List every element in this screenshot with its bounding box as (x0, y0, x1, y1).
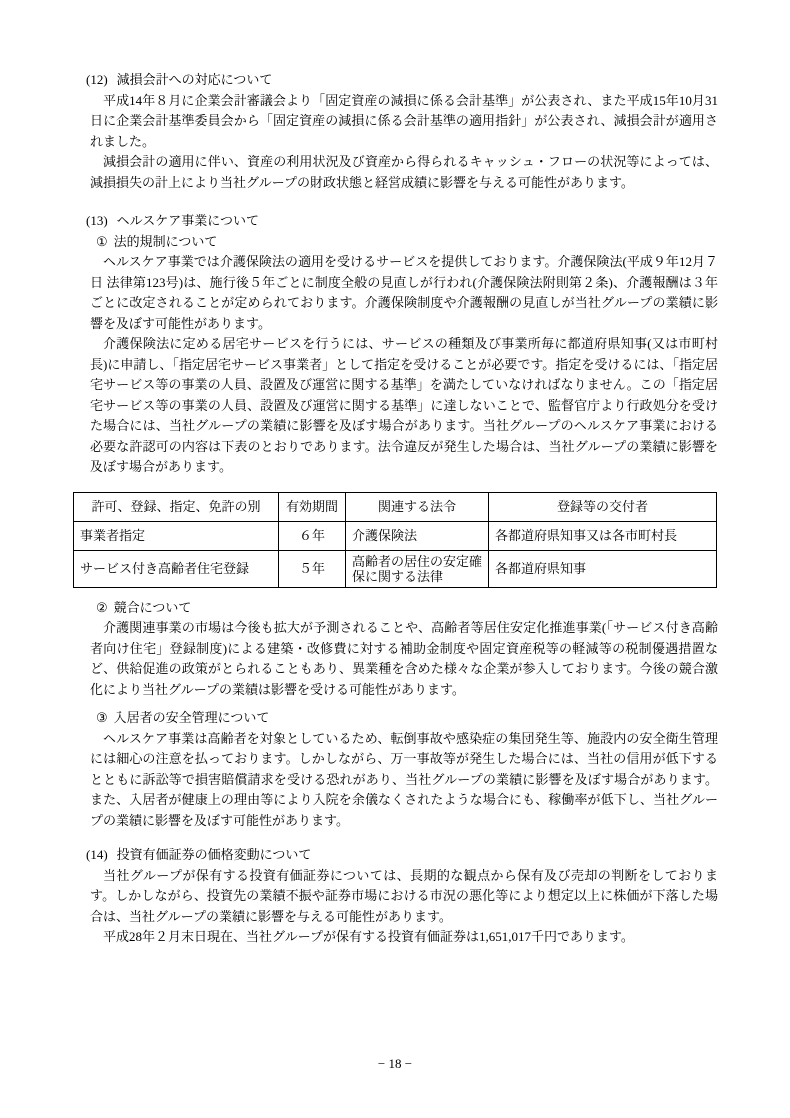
section-title: 投資有価証券の価格変動について (117, 847, 312, 862)
table-header-validity-period: 有効期間 (279, 492, 346, 521)
subsection-title: 入居者の安全管理について (114, 710, 270, 725)
subsection-legal-regulation: ①法的規制について ヘルスケア事業では介護保険法の適用を受けるサービスを提供して… (86, 232, 718, 588)
table-row: 事業者指定 ６年 介護保険法 各都道府県知事又は各市町村長 (74, 521, 717, 550)
section-investment-securities: (14)投資有価証券の価格変動について 当社グループが保有する投資有価証券につい… (86, 845, 718, 948)
subsection-marker: ① (96, 232, 108, 253)
paragraph: ヘルスケア事業では介護保険法の適用を受けるサービスを提供しております。介護保険法… (90, 252, 718, 334)
table-cell-license-type: サービス付き高齢者住宅登録 (74, 550, 279, 587)
licenses-table: 許可、登録、指定、免許の別 有効期間 関連する法令 登録等の交付者 事業者指定 … (73, 492, 717, 588)
table-cell-related-law: 高齢者の居住の安定確保に関する法律 (346, 550, 489, 587)
subsection-title: 競合について (114, 600, 192, 615)
section-title: ヘルスケア事業について (117, 213, 259, 228)
section-number: (14) (86, 845, 108, 866)
section-number: (12) (86, 70, 108, 91)
subsection-competition: ②競合について 介護関連事業の市場は今後も拡大が予測されることや、高齢者等居住安… (86, 598, 718, 701)
subsection-marker: ② (96, 598, 108, 619)
paragraph: 減損会計の適用に伴い、資産の利用状況及び資産から得られるキャッシュ・フローの状況… (90, 152, 718, 193)
section-heading: (14)投資有価証券の価格変動について (86, 845, 718, 866)
table-header-row: 許可、登録、指定、免許の別 有効期間 関連する法令 登録等の交付者 (74, 492, 717, 521)
section-impairment-accounting: (12)減損会計への対応について 平成14年８月に企業会計審議会より「固定資産の… (86, 70, 718, 193)
paragraph: 介護保険法に定める居宅サービスを行うには、サービスの種類及び事業所毎に都道府県知… (90, 334, 718, 478)
subsection-heading: ③入居者の安全管理について (96, 708, 718, 729)
table-header-license-type: 許可、登録、指定、免許の別 (74, 492, 279, 521)
table-header-related-law: 関連する法令 (346, 492, 489, 521)
section-heading: (13)ヘルスケア事業について (86, 211, 718, 232)
paragraph: ヘルスケア事業は高齢者を対象としているため、転倒事故や感染症の集団発生等、施設内… (90, 729, 718, 832)
table-cell-validity-period: ５年 (279, 550, 346, 587)
paragraph: 当社グループが保有する投資有価証券については、長期的な観点から保有及び売却の判断… (90, 866, 718, 928)
subsection-marker: ③ (96, 708, 108, 729)
table-cell-issuer: 各都道府県知事又は各市町村長 (489, 521, 717, 550)
page-number: − 18 − (0, 1056, 790, 1072)
paragraph: 平成14年８月に企業会計審議会より「固定資産の減損に係る会計基準」が公表され、ま… (90, 91, 718, 153)
subsection-heading: ②競合について (96, 598, 718, 619)
section-title: 減損会計への対応について (117, 72, 273, 87)
section-heading: (12)減損会計への対応について (86, 70, 718, 91)
document-page: (12)減損会計への対応について 平成14年８月に企業会計審議会より「固定資産の… (0, 0, 790, 948)
subsection-title: 法的規制について (114, 234, 218, 249)
table-header-issuer: 登録等の交付者 (489, 492, 717, 521)
table-cell-license-type: 事業者指定 (74, 521, 279, 550)
subsection-resident-safety: ③入居者の安全管理について ヘルスケア事業は高齢者を対象としているため、転倒事故… (86, 708, 718, 831)
table-row: サービス付き高齢者住宅登録 ５年 高齢者の居住の安定確保に関する法律 各都道府県… (74, 550, 717, 587)
table-cell-related-law: 介護保険法 (346, 521, 489, 550)
section-healthcare-business: (13)ヘルスケア事業について ①法的規制について ヘルスケア事業では介護保険法… (86, 211, 718, 831)
section-number: (13) (86, 211, 108, 232)
paragraph: 介護関連事業の市場は今後も拡大が予測されることや、高齢者等居住安定化推進事業(「… (90, 618, 718, 700)
table-cell-issuer: 各都道府県知事 (489, 550, 717, 587)
subsection-heading: ①法的規制について (96, 232, 718, 253)
table-cell-validity-period: ６年 (279, 521, 346, 550)
paragraph: 平成28年２月末日現在、当社グループが保有する投資有価証券は1,651,017千… (90, 927, 718, 948)
